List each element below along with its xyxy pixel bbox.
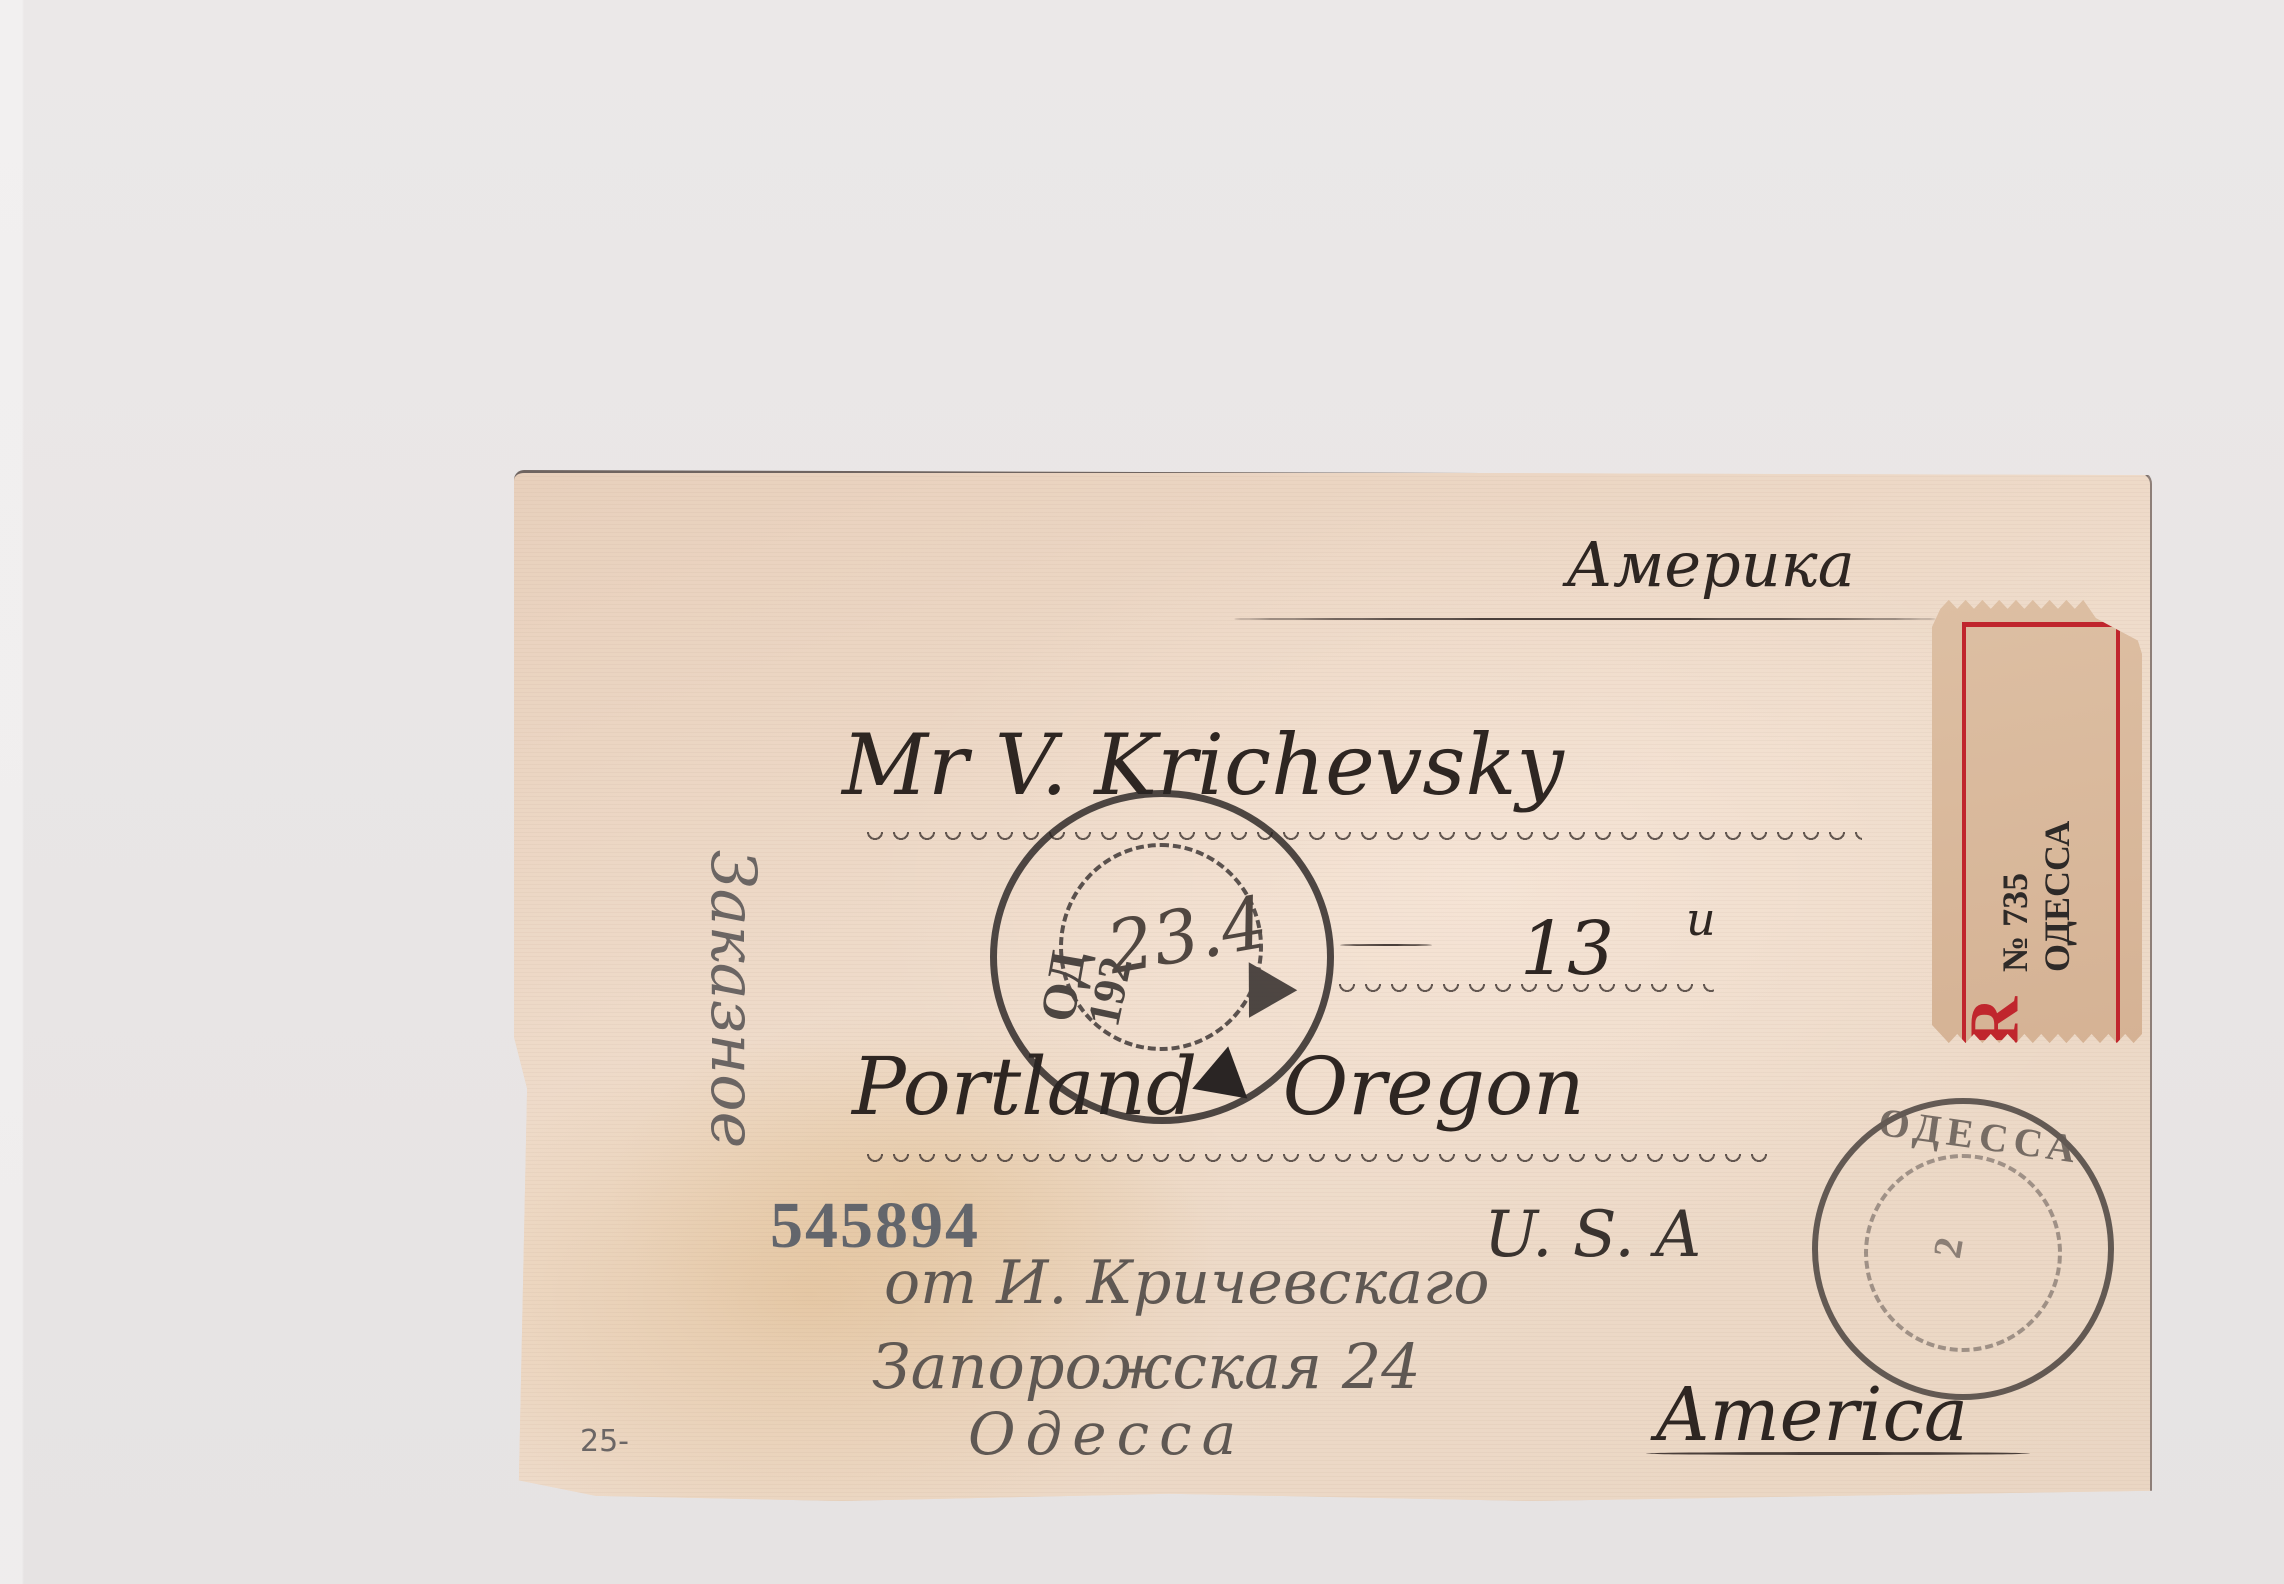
sender-line-2: Запорожская 24 bbox=[872, 1330, 1421, 1403]
registration-number: № 735 bbox=[1994, 873, 2036, 972]
street-number: 13 bbox=[1520, 906, 1614, 992]
dash-line bbox=[1340, 944, 1432, 946]
underline bbox=[862, 1154, 1772, 1164]
underline bbox=[1234, 618, 1936, 620]
registration-city: ОДЕССА bbox=[2036, 821, 2078, 972]
pencil-note: 25- bbox=[580, 1424, 629, 1459]
sender-line-3: Одесса bbox=[968, 1400, 1246, 1468]
underline bbox=[1334, 984, 1714, 994]
registration-label: № 735 ОДЕССА R bbox=[1932, 600, 2142, 1052]
country-abbrev: U. S. A bbox=[1484, 1198, 1701, 1272]
postmark-lower-right: ОДЕССА 2 bbox=[1812, 1098, 2114, 1400]
postmark-center: ОД 23.4 192 bbox=[990, 790, 1334, 1124]
registration-number-value: 735 bbox=[1995, 873, 2035, 927]
registration-number-prefix: № bbox=[1995, 936, 2035, 972]
sender-line-1: от И. Кричевскаго bbox=[884, 1248, 1489, 1318]
underline bbox=[862, 832, 1862, 842]
street-suffix: и bbox=[1686, 892, 1716, 946]
postmark-triangle bbox=[1192, 1042, 1255, 1099]
registered-marking: Заказное bbox=[697, 850, 770, 1148]
underline bbox=[1646, 1452, 2030, 1455]
destination-country-cyrillic: Америка bbox=[1566, 528, 1855, 601]
